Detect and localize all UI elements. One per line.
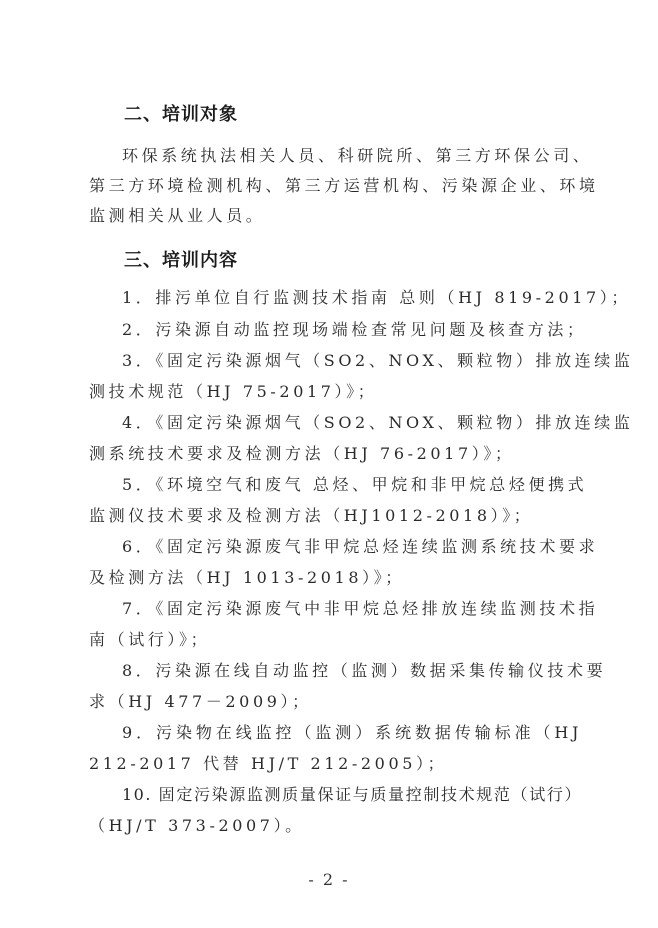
list-item-10: 10. 固定污染源监测质量保证与质量控制技术规范（试行） xyxy=(122,785,582,805)
page-number: - 2 - xyxy=(0,870,658,889)
list-item-3-continued: 测技术规范（HJ 75-2017）》； xyxy=(89,382,581,402)
document-page: 二、培训对象 环保系统执法相关人员、科研院所、第三方环保公司、 第三方环境检测机… xyxy=(0,0,658,928)
list-item-4: 4．《固定污染源烟气（SO2、NOX、颗粒物）排放连续监 xyxy=(122,413,582,433)
section-heading-training-content: 三、培训内容 xyxy=(124,246,238,272)
list-item-4-continued: 测系统技术要求及检测方法（HJ 76-2017）》； xyxy=(89,444,581,464)
list-item-6: 6．《固定污染源废气非甲烷总烃连续监测系统技术要求 xyxy=(122,537,582,557)
list-item-7-continued: 南（试行）》； xyxy=(89,630,581,650)
list-item-9-continued: 212-2017 代替 HJ/T 212-2005）； xyxy=(89,754,581,774)
list-item-6-continued: 及检测方法（HJ 1013-2018）》； xyxy=(89,568,581,588)
list-item-5-continued: 监测仪技术要求及检测方法（HJ1012-2018）》； xyxy=(89,506,581,526)
list-item-7: 7．《固定污染源废气中非甲烷总烃排放连续监测技术指 xyxy=(122,599,582,619)
section-heading-training-target: 二、培训对象 xyxy=(124,100,238,126)
list-item-3: 3．《固定污染源烟气（SO2、NOX、颗粒物）排放连续监 xyxy=(122,351,582,371)
list-item-10-continued: （HJ/T 373-2007）。 xyxy=(89,816,581,836)
paragraph-line: 监测相关从业人员。 xyxy=(89,206,581,226)
paragraph-line: 第三方环境检测机构、第三方运营机构、污染源企业、环境 xyxy=(89,176,581,196)
list-item-8-continued: 求（HJ 477－2009）； xyxy=(89,692,581,712)
list-item-1: 1．排污单位自行监测技术指南 总则（HJ 819-2017）； xyxy=(122,288,582,308)
list-item-8: 8．污染源在线自动监控（监测）数据采集传输仪技术要 xyxy=(122,661,582,681)
paragraph-line: 环保系统执法相关人员、科研院所、第三方环保公司、 xyxy=(122,146,582,166)
list-item-2: 2．污染源自动监控现场端检查常见问题及核查方法； xyxy=(122,320,582,340)
list-item-5: 5．《环境空气和废气 总烃、甲烷和非甲烷总烃便携式 xyxy=(122,475,582,495)
list-item-9: 9．污染物在线监控（监测）系统数据传输标准（HJ xyxy=(122,723,582,743)
